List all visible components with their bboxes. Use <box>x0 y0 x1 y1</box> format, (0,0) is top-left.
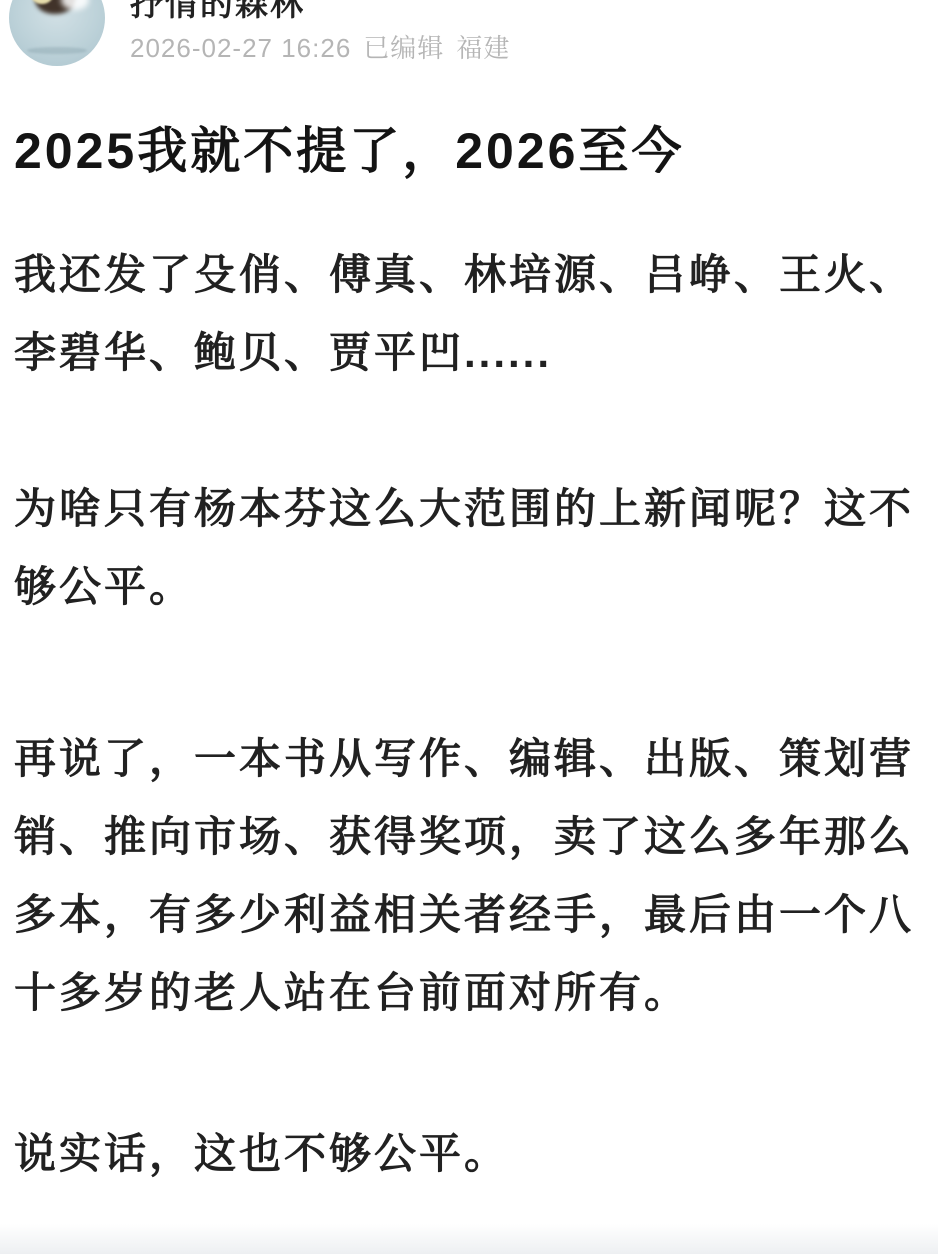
post-meta: 2026-02-27 16:26已编辑福建 <box>130 28 510 65</box>
post-paragraph: 再说了，一本书从写作、编辑、出版、策划营 销、推向市场、获得奖项，卖了这么多年那… <box>14 720 924 1032</box>
author-name[interactable]: 抒情的森林 <box>130 0 305 25</box>
paragraph-line: 多本，有多少利益相关者经手，最后由一个八 <box>14 876 924 954</box>
post-header: 抒情的森林 2026-02-27 16:26已编辑福建 <box>0 0 938 70</box>
avatar-image-shadow <box>27 47 87 54</box>
post-timestamp: 2026-02-27 16:26 <box>130 33 351 63</box>
bottom-divider <box>0 1224 938 1254</box>
paragraph-line: 我还发了殳俏、傅真、林培源、吕峥、王火、 <box>14 236 924 314</box>
paragraph-line: 销、推向市场、获得奖项，卖了这么多年那么 <box>14 798 924 876</box>
paragraph-line: 够公平。 <box>14 548 924 626</box>
edited-badge: 已编辑 <box>363 33 444 63</box>
paragraph-line: 李碧华、鲍贝、贾平凹...... <box>14 314 924 392</box>
paragraph-line: 十多岁的老人站在台前面对所有。 <box>14 954 924 1032</box>
post-content: 2025我就不提了，2026至今 我还发了殳俏、傅真、林培源、吕峥、王火、 李碧… <box>14 70 924 1193</box>
post-title: 2025我就不提了，2026至今 <box>14 118 924 184</box>
avatar[interactable] <box>9 0 105 66</box>
paragraph-line: 再说了，一本书从写作、编辑、出版、策划营 <box>14 720 924 798</box>
post-paragraph: 为啥只有杨本芬这么大范围的上新闻呢？这不 够公平。 <box>14 470 924 626</box>
paragraph-line: 说实话，这也不够公平。 <box>14 1115 924 1193</box>
post-paragraph: 我还发了殳俏、傅真、林培源、吕峥、王火、 李碧华、鲍贝、贾平凹...... <box>14 236 924 392</box>
paragraph-line: 为啥只有杨本芬这么大范围的上新闻呢？这不 <box>14 470 924 548</box>
post-page: 抒情的森林 2026-02-27 16:26已编辑福建 2025我就不提了，20… <box>0 0 938 1254</box>
location-label: 福建 <box>456 33 510 63</box>
post-paragraph: 说实话，这也不够公平。 <box>14 1115 924 1193</box>
